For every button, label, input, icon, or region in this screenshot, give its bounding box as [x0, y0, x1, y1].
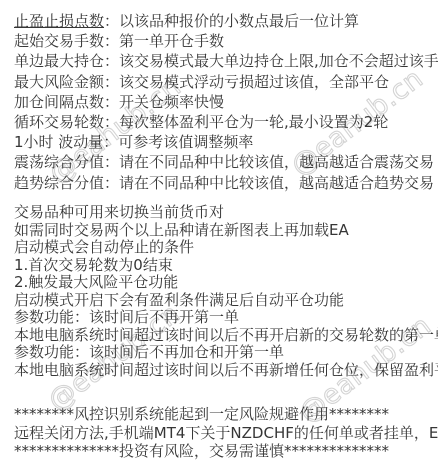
doc-line: 参数功能：该时间后不再加仓和开第一单 — [14, 344, 438, 362]
risk-warning-block: ********风控识别系统能起到一定风险规避作用******** 远程关闭方法… — [14, 405, 438, 461]
doc-line: 如需同时交易两个以上品种请在新图表上再加载EA — [14, 222, 438, 240]
doc-line: 本地电脑系统时间超过该时间以后不再新增任何仓位，保留盈利平仓功能 — [14, 362, 438, 380]
doc-line: 止盈止损点数：以该品种报价的小数点最后一位计算 — [14, 11, 438, 31]
doc-line: 本地电脑系统时间超过该时间以后不再开启新的交易轮数的第一单 — [14, 327, 438, 345]
document-page: @eahub.cn @eahub.cn @eahub.cn @eahub.cn … — [0, 0, 438, 468]
doc-line: 趋势综合分值：请在不同品种中比较该值，越高越适合趋势交易 — [14, 173, 438, 193]
doc-line: ********风控识别系统能起到一定风险规避作用******** — [14, 405, 438, 424]
parameter-description-block: 止盈止损点数：以该品种报价的小数点最后一位计算 起始交易手数：第一单开仓手数 单… — [14, 11, 438, 193]
doc-line: 加仓间隔点数：开关仓频率快慢 — [14, 92, 438, 112]
doc-line: **************投资有风险，交易需谨慎************** — [14, 442, 438, 461]
doc-line: 启动模式开启下会有盈利条件满足后自动平仓功能 — [14, 292, 438, 310]
underlined-term: 止盈止损点数 — [14, 12, 104, 30]
doc-line: 单边最大持仓：该交易模式最大单边持仓上限,加仓不会超过该手数 — [14, 51, 438, 71]
doc-line: 交易品种可用来切换当前货币对 — [14, 204, 438, 222]
doc-line: 起始交易手数：第一单开仓手数 — [14, 31, 438, 51]
document-content: 止盈止损点数：以该品种报价的小数点最后一位计算 起始交易手数：第一单开仓手数 单… — [0, 0, 438, 461]
doc-line: 启动模式会自动停止的条件 — [14, 239, 438, 257]
doc-line: 最大风险金额：该交易模式浮动亏损超过该值，全部平仓 — [14, 72, 438, 92]
doc-line-text: ：以该品种报价的小数点最后一位计算 — [104, 12, 359, 30]
doc-line: 震荡综合分值：请在不同品种中比较该值，越高越适合震荡交易 — [14, 152, 438, 172]
doc-line: 循环交易轮数：每次整体盈利平仓为一轮,最小设置为2轮 — [14, 112, 438, 132]
doc-line: 参数功能：该时间后不再开第一单 — [14, 309, 438, 327]
doc-line: 远程关闭方法,手机端MT4下关于NZDCHF的任何单或者挂单，EA停止(不平仓) — [14, 424, 438, 443]
doc-line: 2.触发最大风险平仓功能 — [14, 274, 438, 292]
usage-notes-block: 交易品种可用来切换当前货币对 如需同时交易两个以上品种请在新图表上再加载EA 启… — [14, 204, 438, 379]
doc-line: 1小时 波动量：可参考该值调整频率 — [14, 132, 438, 152]
doc-line: 1.首次交易轮数为0结束 — [14, 257, 438, 275]
